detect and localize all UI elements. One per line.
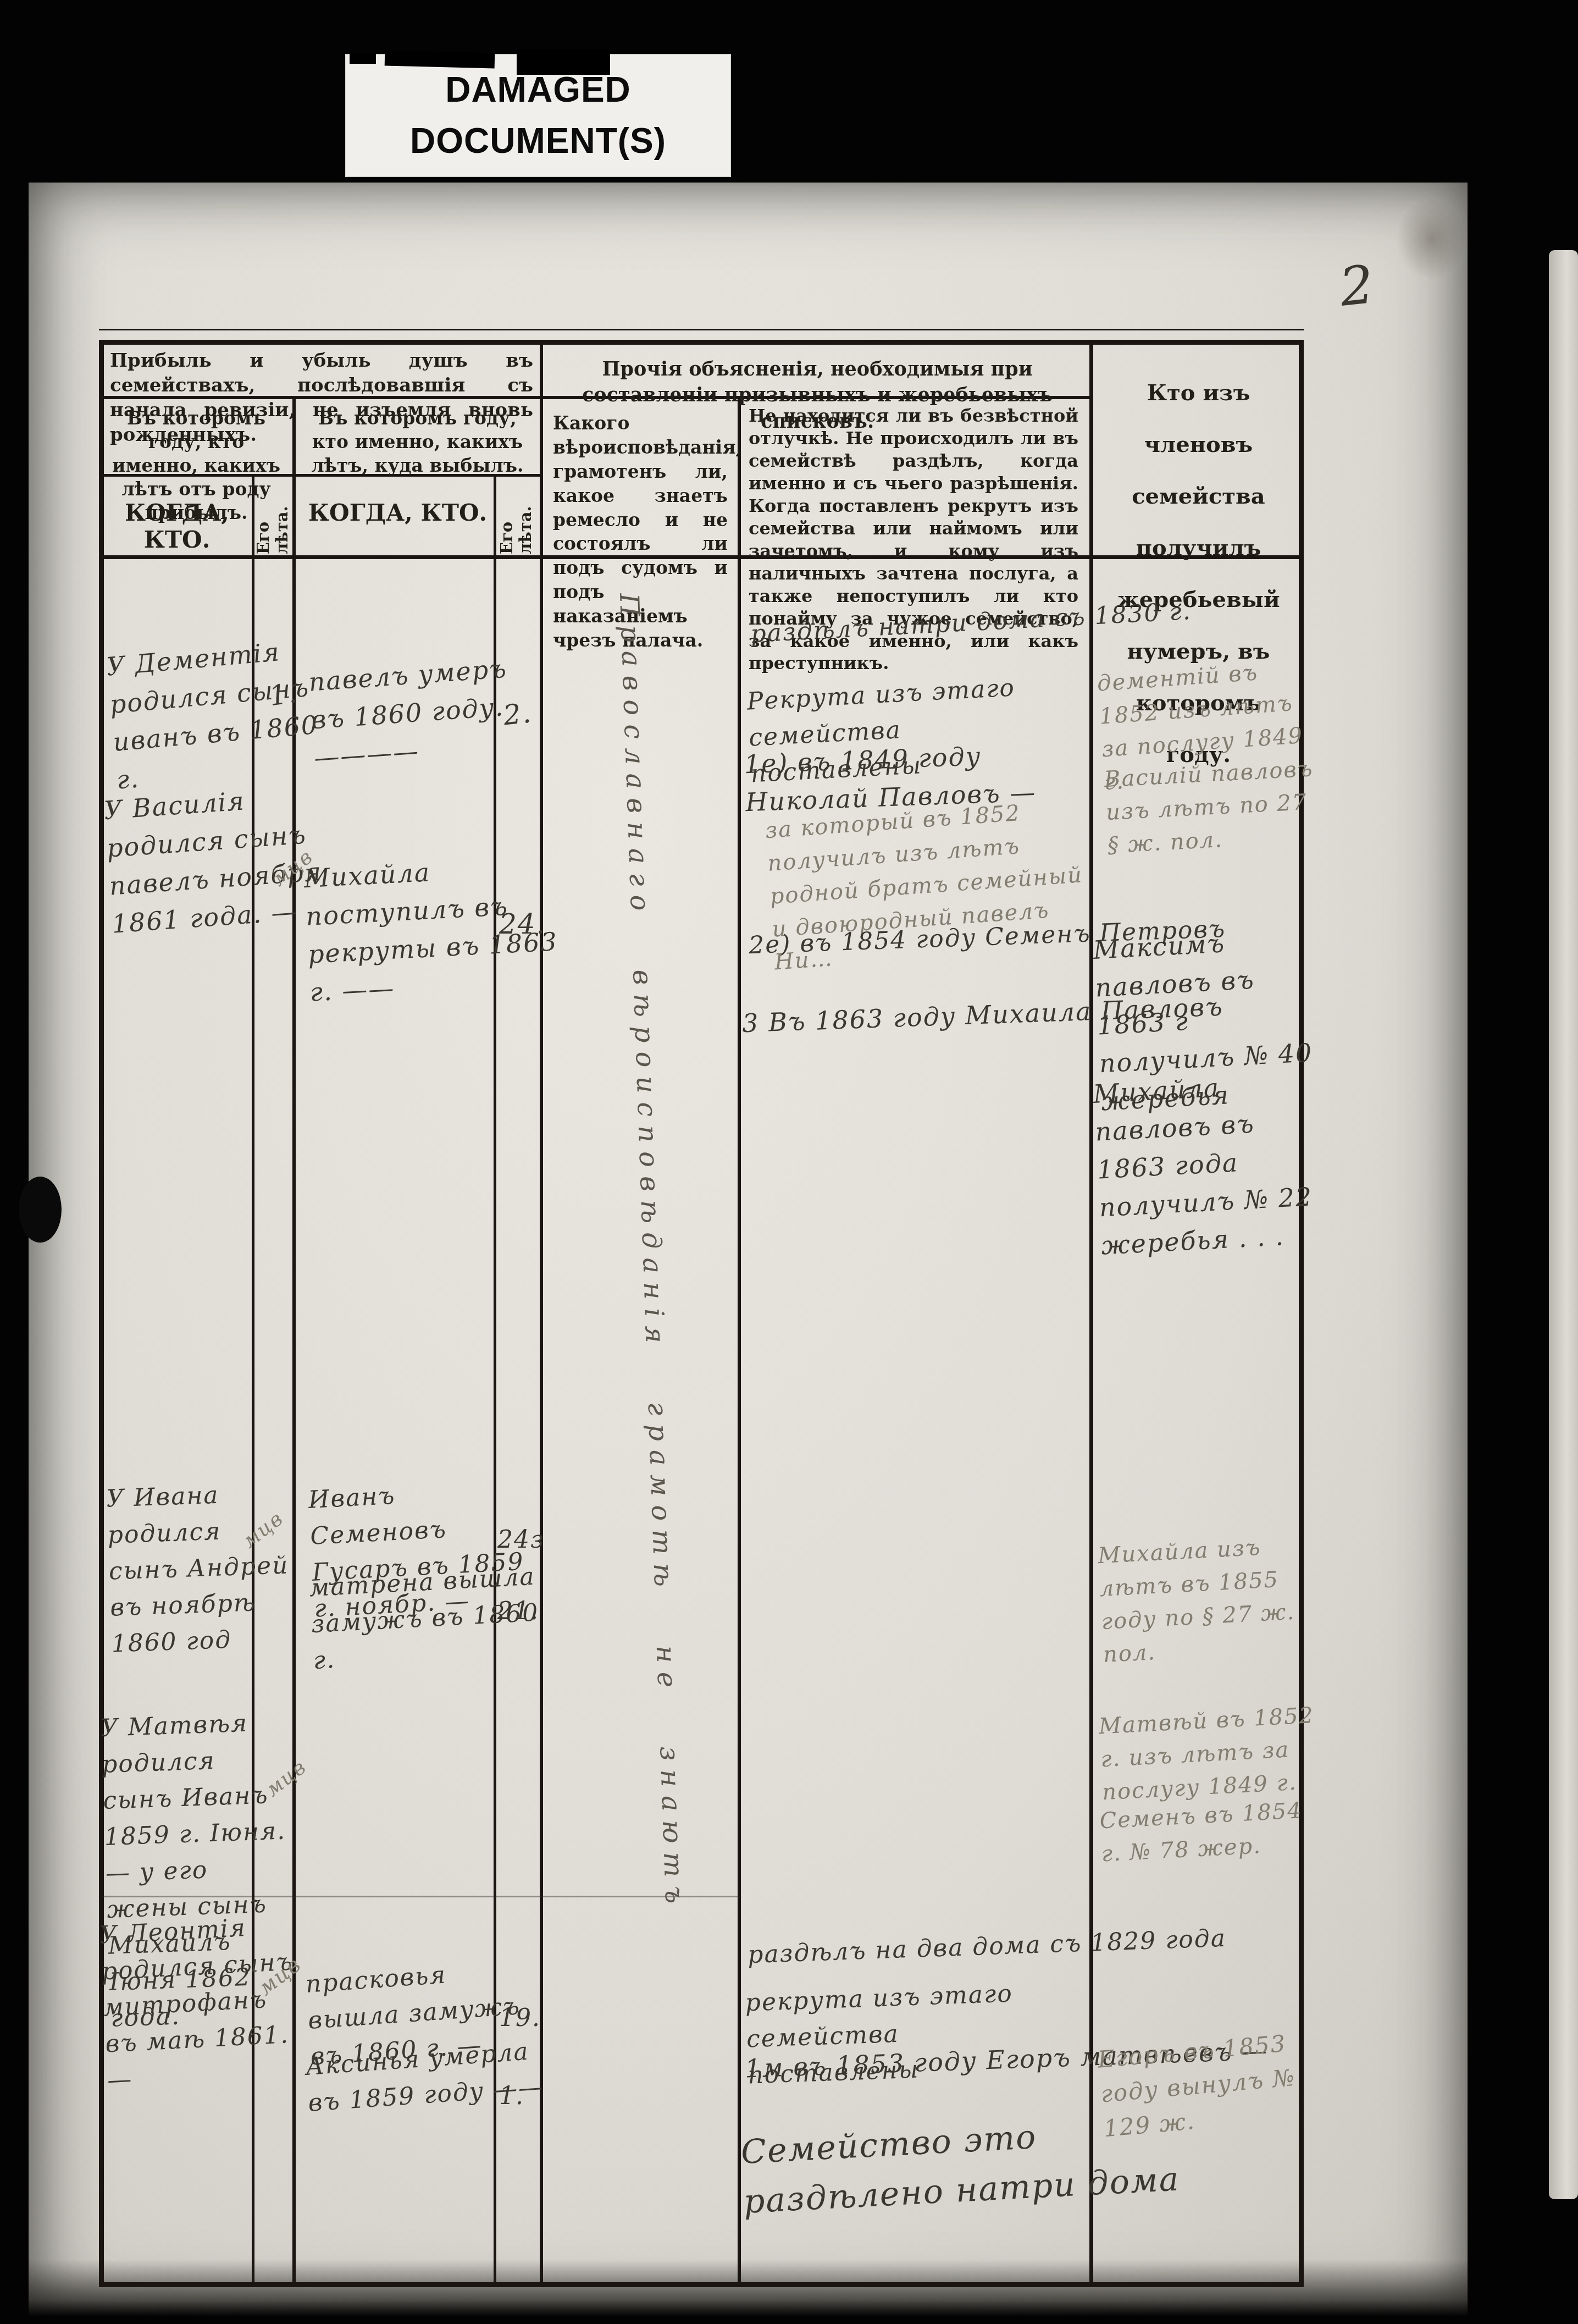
entry-departed-1-age: 2. bbox=[501, 693, 534, 737]
entry-departed-5-age: 19. bbox=[499, 2000, 541, 2036]
entry-departed-4-age: 21. bbox=[497, 1593, 539, 1630]
scanned-document-page: DAMAGED DOCUMENT(S) 2 Прибыль и убыль ду… bbox=[0, 0, 1578, 2324]
header-when-who-arrived: КОГДА, КТО. bbox=[106, 499, 248, 553]
entry-departed-3-age: 24з bbox=[497, 1522, 545, 1558]
plate-tear bbox=[517, 49, 610, 75]
adjacent-page-edge bbox=[1549, 250, 1578, 2199]
entry-departed-2-age: 24. bbox=[499, 904, 546, 945]
header-age-arrived: Его лѣта. bbox=[253, 477, 292, 554]
table-line bbox=[738, 396, 741, 2287]
lot-note-2: Василій павловъ изъ лѣтъ по 27 § ж. пол. bbox=[1104, 752, 1323, 862]
lot-note-7: Семенъ въ 1854 г. № 78 жер. bbox=[1099, 1793, 1322, 1871]
corner-smudge bbox=[1396, 198, 1468, 280]
header-when-who-departed: КОГДА, КТО. bbox=[306, 499, 490, 526]
lot-note-4: Михайла павловъ въ 1863 года получилъ № … bbox=[1092, 1064, 1327, 1265]
entry-arrived-3: У Ивана родился сынъ Андрей въ ноябрѣ 18… bbox=[106, 1475, 293, 1662]
entry-departed-6-age: 1. bbox=[499, 2078, 524, 2115]
damaged-label-line2: DOCUMENT(S) bbox=[410, 115, 666, 167]
entry-arrived-5: У Леонтія родился сынъ митрофанъ въ маѣ … bbox=[99, 1907, 312, 2099]
lot-note-8: Егоръ въ 1853 году вынулъ № 129 ж. bbox=[1096, 2024, 1313, 2146]
plate-tear bbox=[385, 50, 495, 68]
plate-tear bbox=[350, 53, 376, 64]
lot-note-6: Матвѣй въ 1852 г. изъ лѣтъ за послугу 18… bbox=[1098, 1699, 1323, 1809]
entry-arrived-1-age: 1. bbox=[267, 672, 301, 717]
header-age-departed: Его лѣта. bbox=[495, 477, 538, 554]
binding-mark bbox=[19, 1177, 62, 1243]
header-col-departed: Въ которомъ году, кто именно, какихъ лѣт… bbox=[303, 407, 531, 478]
table-line bbox=[99, 329, 1304, 330]
lot-note-5: Михайла изъ лѣтъ въ 1855 году по § 27 ж.… bbox=[1097, 1528, 1318, 1671]
